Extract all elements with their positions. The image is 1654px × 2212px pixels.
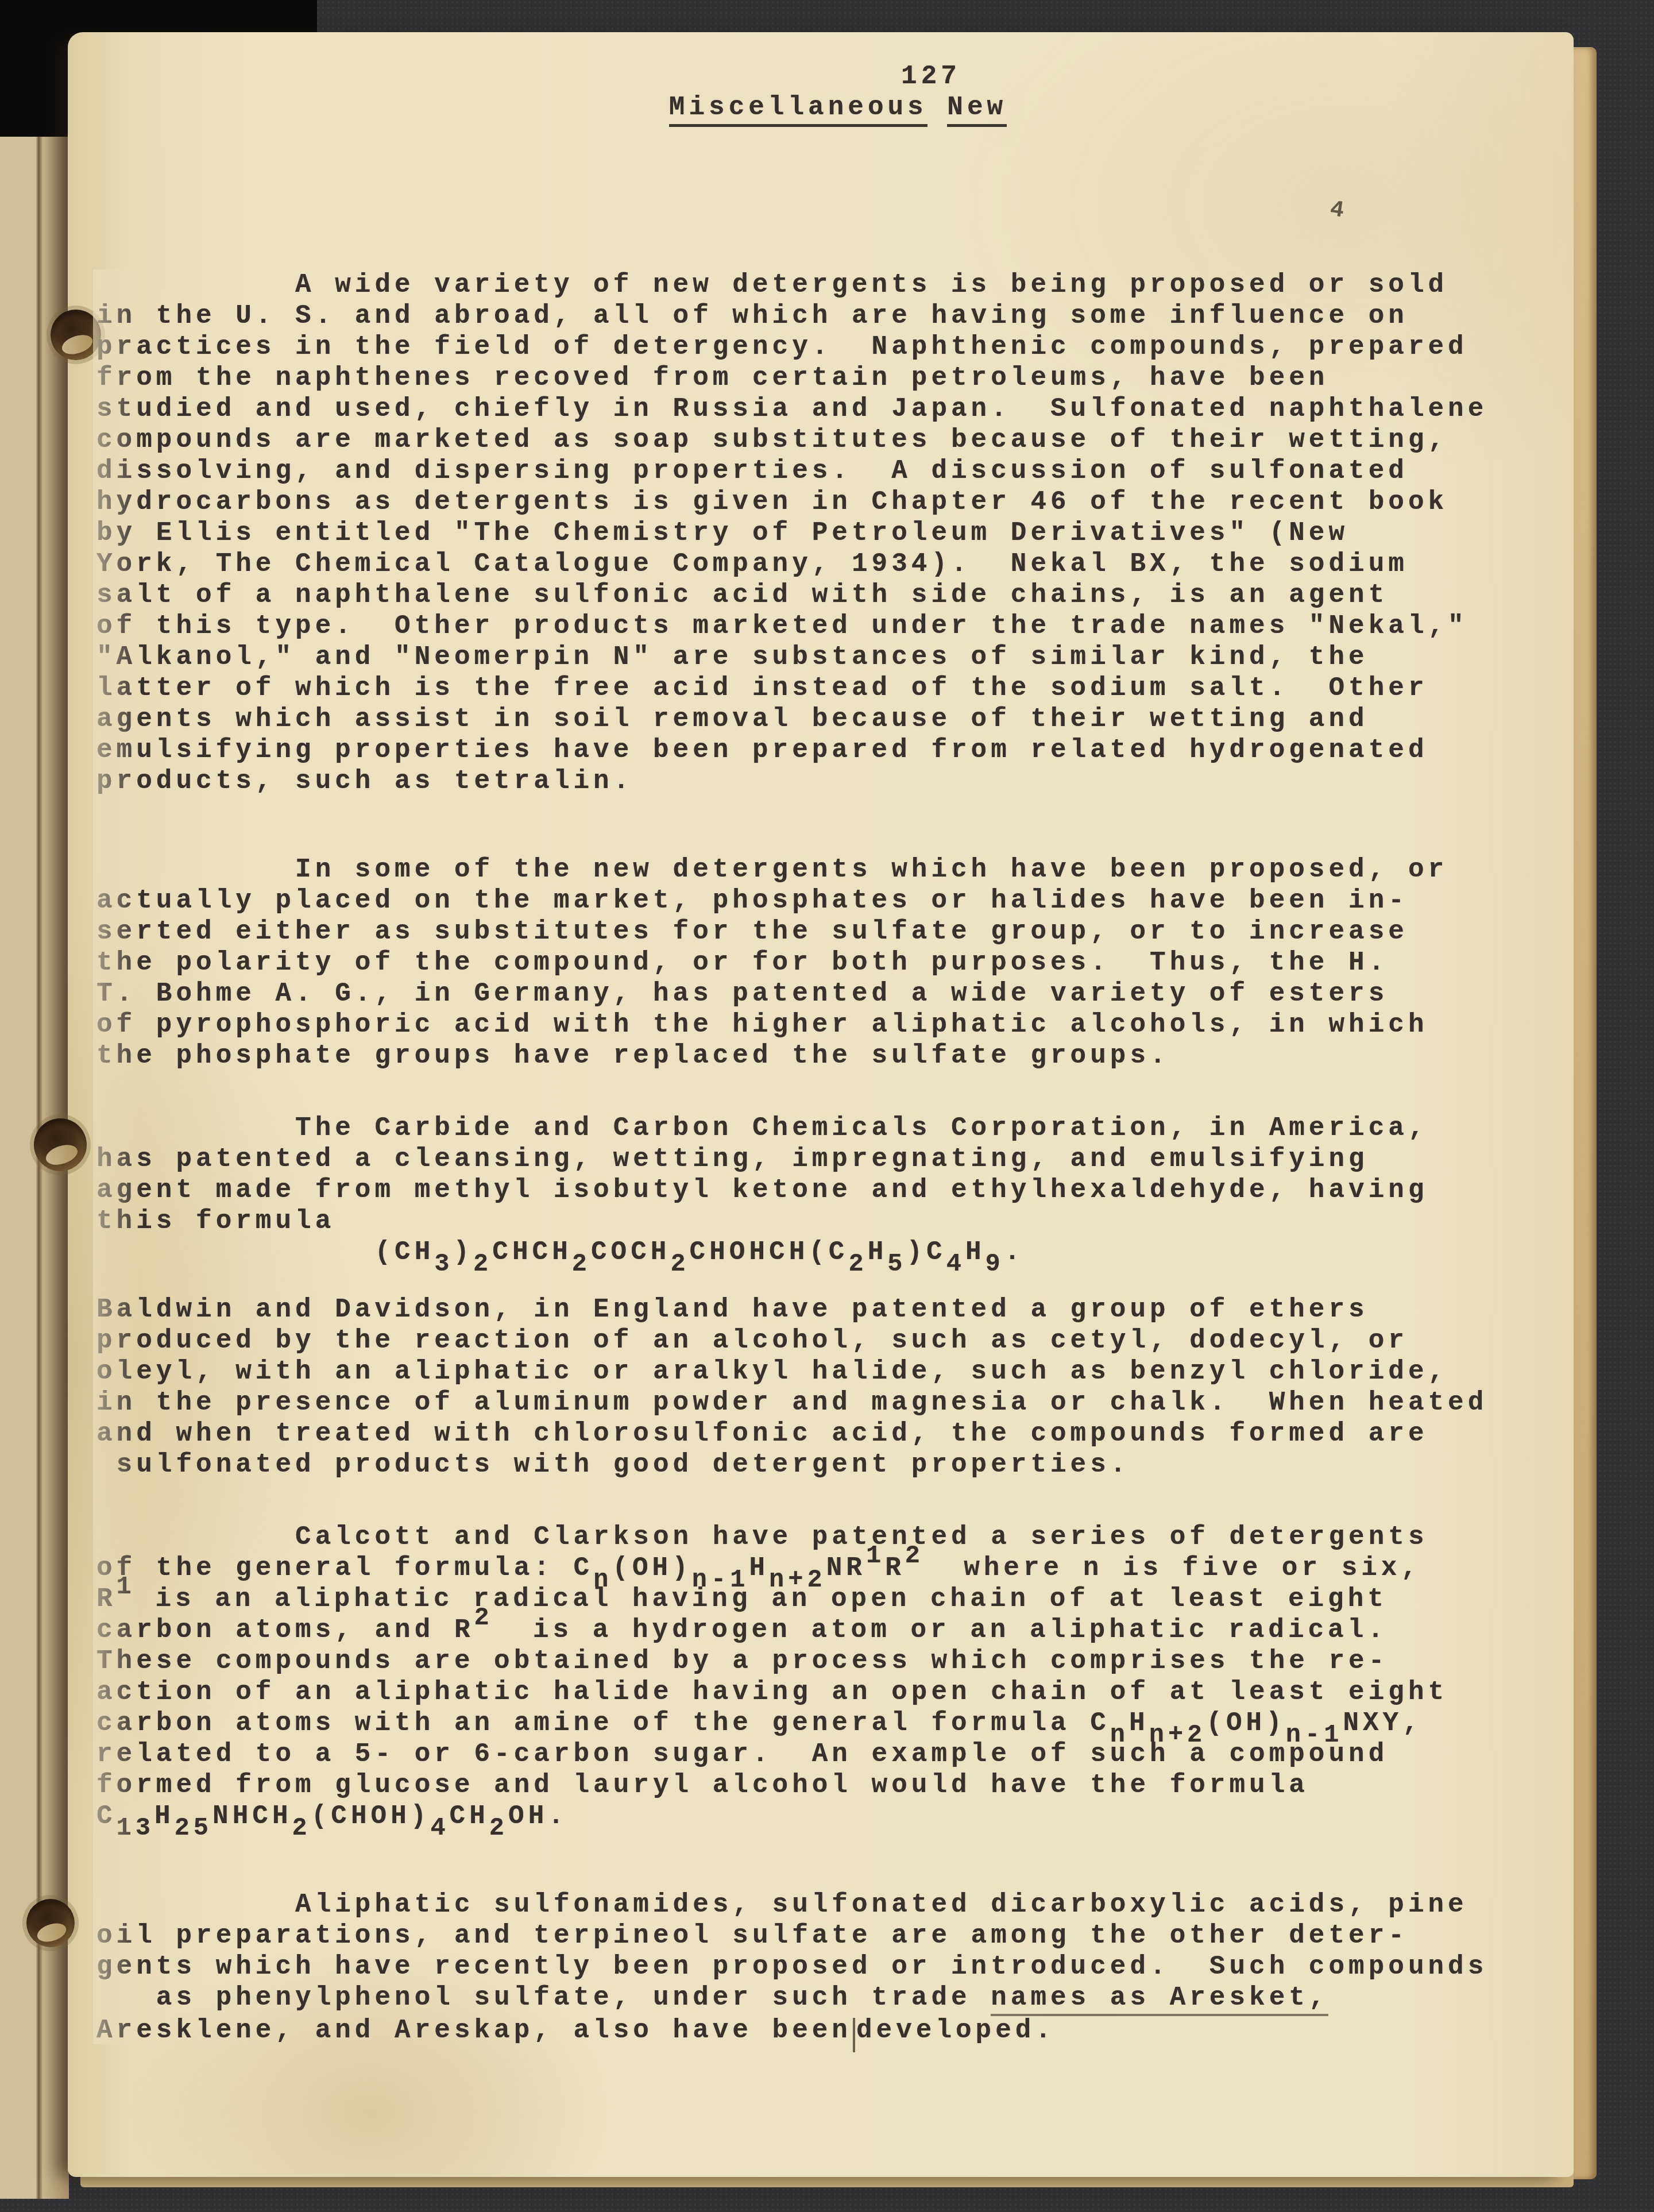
text-line: hydrocarbons as detergents is given in C… [96,487,1539,518]
text-segment: H [154,1801,175,1831]
text-line: the polarity of the compound, or for bot… [96,947,1539,978]
formula-sup: 1 [117,1573,136,1601]
text-line: dissolving, and dispersing properties. A… [96,455,1539,487]
text-segment: H [749,1553,769,1583]
text-segment: CHOHCH(C [690,1237,849,1267]
text-line: actually placed on the market, phosphate… [96,885,1539,916]
text-segment: R [885,1553,905,1583]
text-line: salt of a naphthalene sulfonic acid with… [96,580,1539,611]
text-segment: is a hydrogen atom or an aliphatic radic… [493,1615,1388,1645]
text-line: R1 is an aliphatic radical having an ope… [96,1584,1539,1615]
binding-hole [34,1118,87,1171]
text-line: has patented a cleansing, wetting, impre… [96,1144,1539,1175]
text-line: In some of the new detergents which have… [96,854,1539,885]
text-segment: carbon atoms, and R [96,1615,474,1645]
text-segment: where n is five or six, [924,1553,1421,1583]
text-line: "Alkanol," and "Neomerpin N" are substan… [96,642,1539,673]
text-line: agent made from methyl isobutyl ketone a… [96,1175,1539,1206]
binding-cord [60,331,95,357]
formula-sub: 2 [848,1250,867,1279]
text-line: produced by the reaction of an alcohol, … [96,1325,1539,1356]
text-segment: (CH [96,1237,434,1267]
text-segment: H [1129,1708,1149,1738]
paragraph: Aliphatic sulfonamides, sulfonated dicar… [96,1889,1539,2044]
formula-sub: 4 [946,1250,965,1279]
text-line: (CH3)2CHCH2COCH2CHOHCH(C2H5)C4H9. [96,1237,1539,1268]
text-line: A wide variety of new detergents is bein… [96,269,1539,300]
paragraph: Baldwin and Davidson, in England have pa… [96,1294,1539,1480]
text-line: oleyl, with an aliphatic or aralkyl hali… [96,1356,1539,1387]
text-line: C13H25NHCH2(CHOH)4CH2OH. [96,1801,1539,1832]
paragraph: Calcott and Clarkson have patented a ser… [96,1522,1539,1832]
text-line: products, such as tetralin. [96,766,1539,797]
formula-sup: 1 [866,1542,885,1570]
text-line: York, The Chemical Catalogue Company, 19… [96,549,1539,580]
text-line: T. Bohme A. G., in Germany, has patented… [96,978,1539,1009]
text-line: of this type. Other products marketed un… [96,611,1539,642]
text-line: Aliphatic sulfonamides, sulfonated dicar… [96,1889,1539,1920]
paragraphs: A wide variety of new detergents is bein… [96,269,1539,2044]
formula-sub: 2 [489,1815,508,1843]
text-line: oil preparations, and terpineol sulfate … [96,1920,1539,1951]
text-segment: is an aliphatic radical having an open c… [136,1584,1388,1614]
text-line: Baldwin and Davidson, in England have pa… [96,1294,1539,1325]
heading-word: New [947,92,1007,127]
formula-sup: 2 [474,1604,493,1632]
text-line: Calcott and Clarkson have patented a ser… [96,1522,1539,1553]
text-line: latter of which is the free acid instead… [96,673,1539,704]
text-segment: NHCH [212,1801,292,1831]
text-segment: COCH [591,1237,670,1267]
text-segment: of the general formula: C [96,1553,593,1583]
paragraph: A wide variety of new detergents is bein… [96,269,1539,797]
text-segment: (OH) [612,1553,691,1583]
text-segment: H [965,1237,986,1267]
text-line: practices in the field of detergency. Na… [96,331,1539,362]
binding-hole [26,1899,75,1947]
text-line: from the naphthenes recoved from certain… [96,362,1539,393]
text-line: serted either as substitutes for the sul… [96,916,1539,947]
text-segment: R [96,1584,117,1614]
text-segment: as phenylphenol sulfate, under such trad… [96,1983,991,2013]
text-segment: developed. [856,2016,1055,2045]
text-line: These compounds are obtained by a proces… [96,1646,1539,1677]
formula-sub: 2 [670,1250,689,1279]
pencil-underlined-text: names as Aresket, [991,1983,1328,2016]
page-number: 127 [178,61,1654,92]
text-segment: (OH) [1206,1708,1285,1738]
text-line: this formula [96,1206,1539,1237]
text-line: sulfonated products with good detergent … [96,1449,1539,1480]
text-segment: )C [907,1237,946,1267]
text-line: the phosphate groups have replaced the s… [96,1040,1539,1071]
text-line: agents which assist in soil removal beca… [96,704,1539,735]
binding-cord [44,1141,80,1168]
text-line: formed from glucose and lauryl alcohol w… [96,1770,1539,1801]
paragraph: The Carbide and Carbon Chemicals Corpora… [96,1113,1539,1268]
text-segment: NR [826,1553,866,1583]
text-segment: Aresklene, and Areskap, also have been [96,2016,852,2045]
text-segment: ) [454,1237,474,1267]
pencil-insert-mark [853,2018,855,2052]
text-line: in the U. S. and abroad, all of which ar… [96,300,1539,331]
text-line: carbon atoms with an amine of the genera… [96,1708,1539,1739]
typewritten-page: 127 Miscellaneous New 4 A wide variety o… [68,32,1574,2177]
text-line: The Carbide and Carbon Chemicals Corpora… [96,1113,1539,1144]
binding-hole [51,310,101,360]
formula-sub: 9 [986,1250,1004,1279]
text-segment: NXY, [1343,1708,1422,1738]
text-segment: CHCH [492,1237,571,1267]
formula-sub: 4 [430,1815,449,1843]
pencil-corner-mark: 4 [1328,197,1346,225]
scanned-book-photo: { "colors": { "background": "#313134", "… [0,0,1654,2212]
formula-sub: 25 [175,1815,212,1843]
text-line: related to a 5- or 6-carbon sugar. An ex… [96,1739,1539,1770]
text-line: studied and used, chiefly in Russia and … [96,393,1539,424]
formula-sub: 2 [292,1815,311,1843]
text-line: of pyrophosphoric acid with the higher a… [96,1009,1539,1040]
text-line: of the general formula: Cn(OH)n-1Hn+2NR1… [96,1553,1539,1584]
text-line: and when treated with chlorosulfonic aci… [96,1418,1539,1449]
formula-sup: 2 [905,1542,924,1570]
text-line: action of an aliphatic halide having an … [96,1677,1539,1708]
text-line: compounds are marketed as soap substitut… [96,424,1539,455]
text-segment: . [1004,1237,1025,1267]
text-line: in the presence of aluminum powder and m… [96,1387,1539,1418]
text-segment: C [96,1801,117,1831]
formula-sub: 13 [117,1815,154,1843]
heading-space [928,92,948,122]
text-segment: OH. [508,1801,568,1831]
text-line: Aresklene, and Areskap, also have beende… [96,2013,1539,2044]
text-line: emulsifying properties have been prepare… [96,735,1539,766]
text-line: as phenylphenol sulfate, under such trad… [96,1982,1539,2013]
formula-sub: 5 [887,1250,906,1279]
text-segment: (CHOH) [311,1801,431,1831]
binding-cord [35,1920,68,1944]
formula-sub: 3 [434,1250,453,1279]
heading-word: Miscellaneous [669,92,928,127]
text-segment: H [868,1237,888,1267]
text-line: carbon atoms, and R2 is a hydrogen atom … [96,1615,1539,1646]
text-segment: carbon atoms with an amine of the genera… [96,1708,1110,1738]
section-heading: Miscellaneous New [85,92,1591,123]
paragraph: In some of the new detergents which have… [96,854,1539,1071]
formula-sub: 2 [473,1250,492,1279]
text-line: by Ellis entitled "The Chemistry of Petr… [96,518,1539,549]
text-line: gents which have recently been proposed … [96,1951,1539,1982]
text-segment: CH [450,1801,489,1831]
formula-sub: 2 [572,1250,591,1279]
